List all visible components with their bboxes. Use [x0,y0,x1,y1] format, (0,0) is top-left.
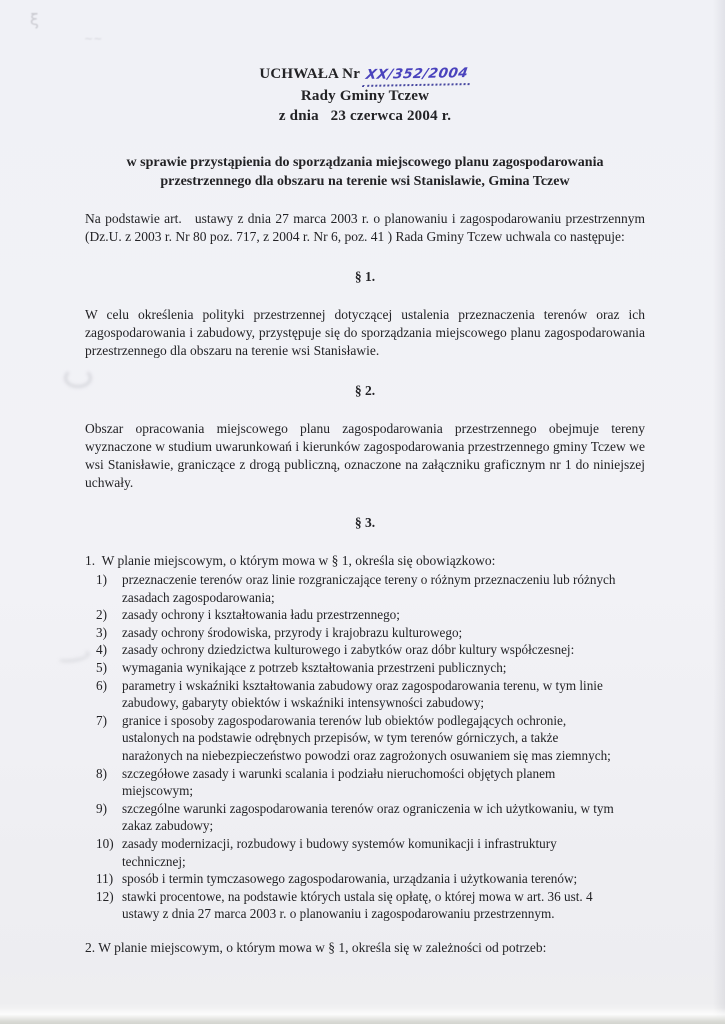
section-2-body: Obszar opracowania miejscowego planu zag… [85,420,645,492]
handwritten-resolution-number: XX/352/2004 [362,63,473,87]
resolution-title-prefix: UCHWAŁA Nr [259,66,359,82]
section-3-heading: § 3. [85,515,645,531]
section-3-point-2-intro: 2. W planie miejscowym, o którym mowa w … [85,939,645,957]
council-name: Rady Gminy Tczew [85,86,645,106]
section-1-heading: § 1. [85,269,645,285]
list-item: 9)szczególne warunki zagospodarowania te… [96,800,618,835]
section-3-list: 1)przeznaczenie terenów oraz linie rozgr… [96,571,645,923]
section-3-point-1-intro: 1. W planie miejscowym, o którym mowa w … [85,552,645,570]
list-item-number: 8) [96,765,120,783]
legal-preamble: Na podstawie art. ustawy z dnia 27 marca… [85,210,645,246]
list-item-number: 10) [96,835,120,853]
list-item-number: 2) [96,606,120,624]
list-item: 1)przeznaczenie terenów oraz linie rozgr… [96,571,618,606]
list-item-text: przeznaczenie terenów oraz linie rozgran… [122,572,616,605]
list-item-text: zasady ochrony środowiska, przyrody i kr… [122,625,462,640]
list-item-number: 4) [96,641,120,659]
list-item-number: 6) [96,677,120,695]
resolution-subject: w sprawie przystąpienia do sporządzania … [85,153,645,191]
list-item-number: 3) [96,624,120,642]
list-item-text: stawki procentowe, na podstawie których … [122,889,593,922]
list-item: 4)zasady ochrony dziedzictwa kulturowego… [96,641,618,659]
list-item-number: 12) [96,888,120,906]
document-header: UCHWAŁA Nr XX/352/2004 Rady Gminy Tczew … [85,64,645,126]
list-item: 8)szczegółowe zasady i warunki scalania … [96,765,618,800]
section-1-body: W celu określenia polityki przestrzennej… [85,306,645,360]
list-item-text: zasady modernizacji, rozbudowy i budowy … [122,836,557,869]
list-item: 11)sposób i termin tymczasowego zagospod… [96,870,618,888]
list-item-text: szczególne warunki zagospodarowania tere… [122,801,614,834]
list-item-text: zasady ochrony i kształtowania ładu prze… [122,607,400,622]
list-item-text: granice i sposoby zagospodarowania teren… [122,713,611,763]
scan-artifact-pencil-note: ~~ [84,32,124,48]
list-item-number: 7) [96,712,120,730]
list-item: 5)wymagania wynikające z potrzeb kształt… [96,659,618,677]
list-item-text: wymagania wynikające z potrzeb kształtow… [122,660,506,675]
list-item: 10)zasady modernizacji, rozbudowy i budo… [96,835,618,870]
document-content: UCHWAŁA Nr XX/352/2004 Rady Gminy Tczew … [85,64,645,957]
list-item-text: szczegółowe zasady i warunki scalania i … [122,766,555,799]
list-item-number: 1) [96,571,120,589]
list-item-number: 11) [96,870,120,888]
scan-artifact-corner-mark: ξ [30,10,44,40]
list-item-text: zasady ochrony dziedzictwa kulturowego i… [122,642,574,657]
list-item: 12)stawki procentowe, na podstawie który… [96,888,618,923]
list-item: 2)zasady ochrony i kształtowania ładu pr… [96,606,618,624]
scan-edge-shadow-right [713,0,725,1024]
list-item: 6)parametry i wskaźniki kształtowania za… [96,677,618,712]
list-item: 3)zasady ochrony środowiska, przyrody i … [96,624,618,642]
list-item-text: sposób i termin tymczasowego zagospodaro… [122,871,577,886]
list-item-number: 9) [96,800,120,818]
resolution-title-line: UCHWAŁA Nr XX/352/2004 [85,64,645,86]
list-item: 7)granice i sposoby zagospodarowania ter… [96,712,618,765]
scanned-document-page: ξ ~~ UCHWAŁA Nr XX/352/2004 Rady Gminy T… [0,0,725,1024]
scan-edge-shadow-bottom [0,1008,725,1024]
list-item-number: 5) [96,659,120,677]
section-2-heading: § 2. [85,383,645,399]
resolution-date: z dnia 23 czerwca 2004 r. [85,106,645,126]
list-item-text: parametry i wskaźniki kształtowania zabu… [122,678,603,711]
